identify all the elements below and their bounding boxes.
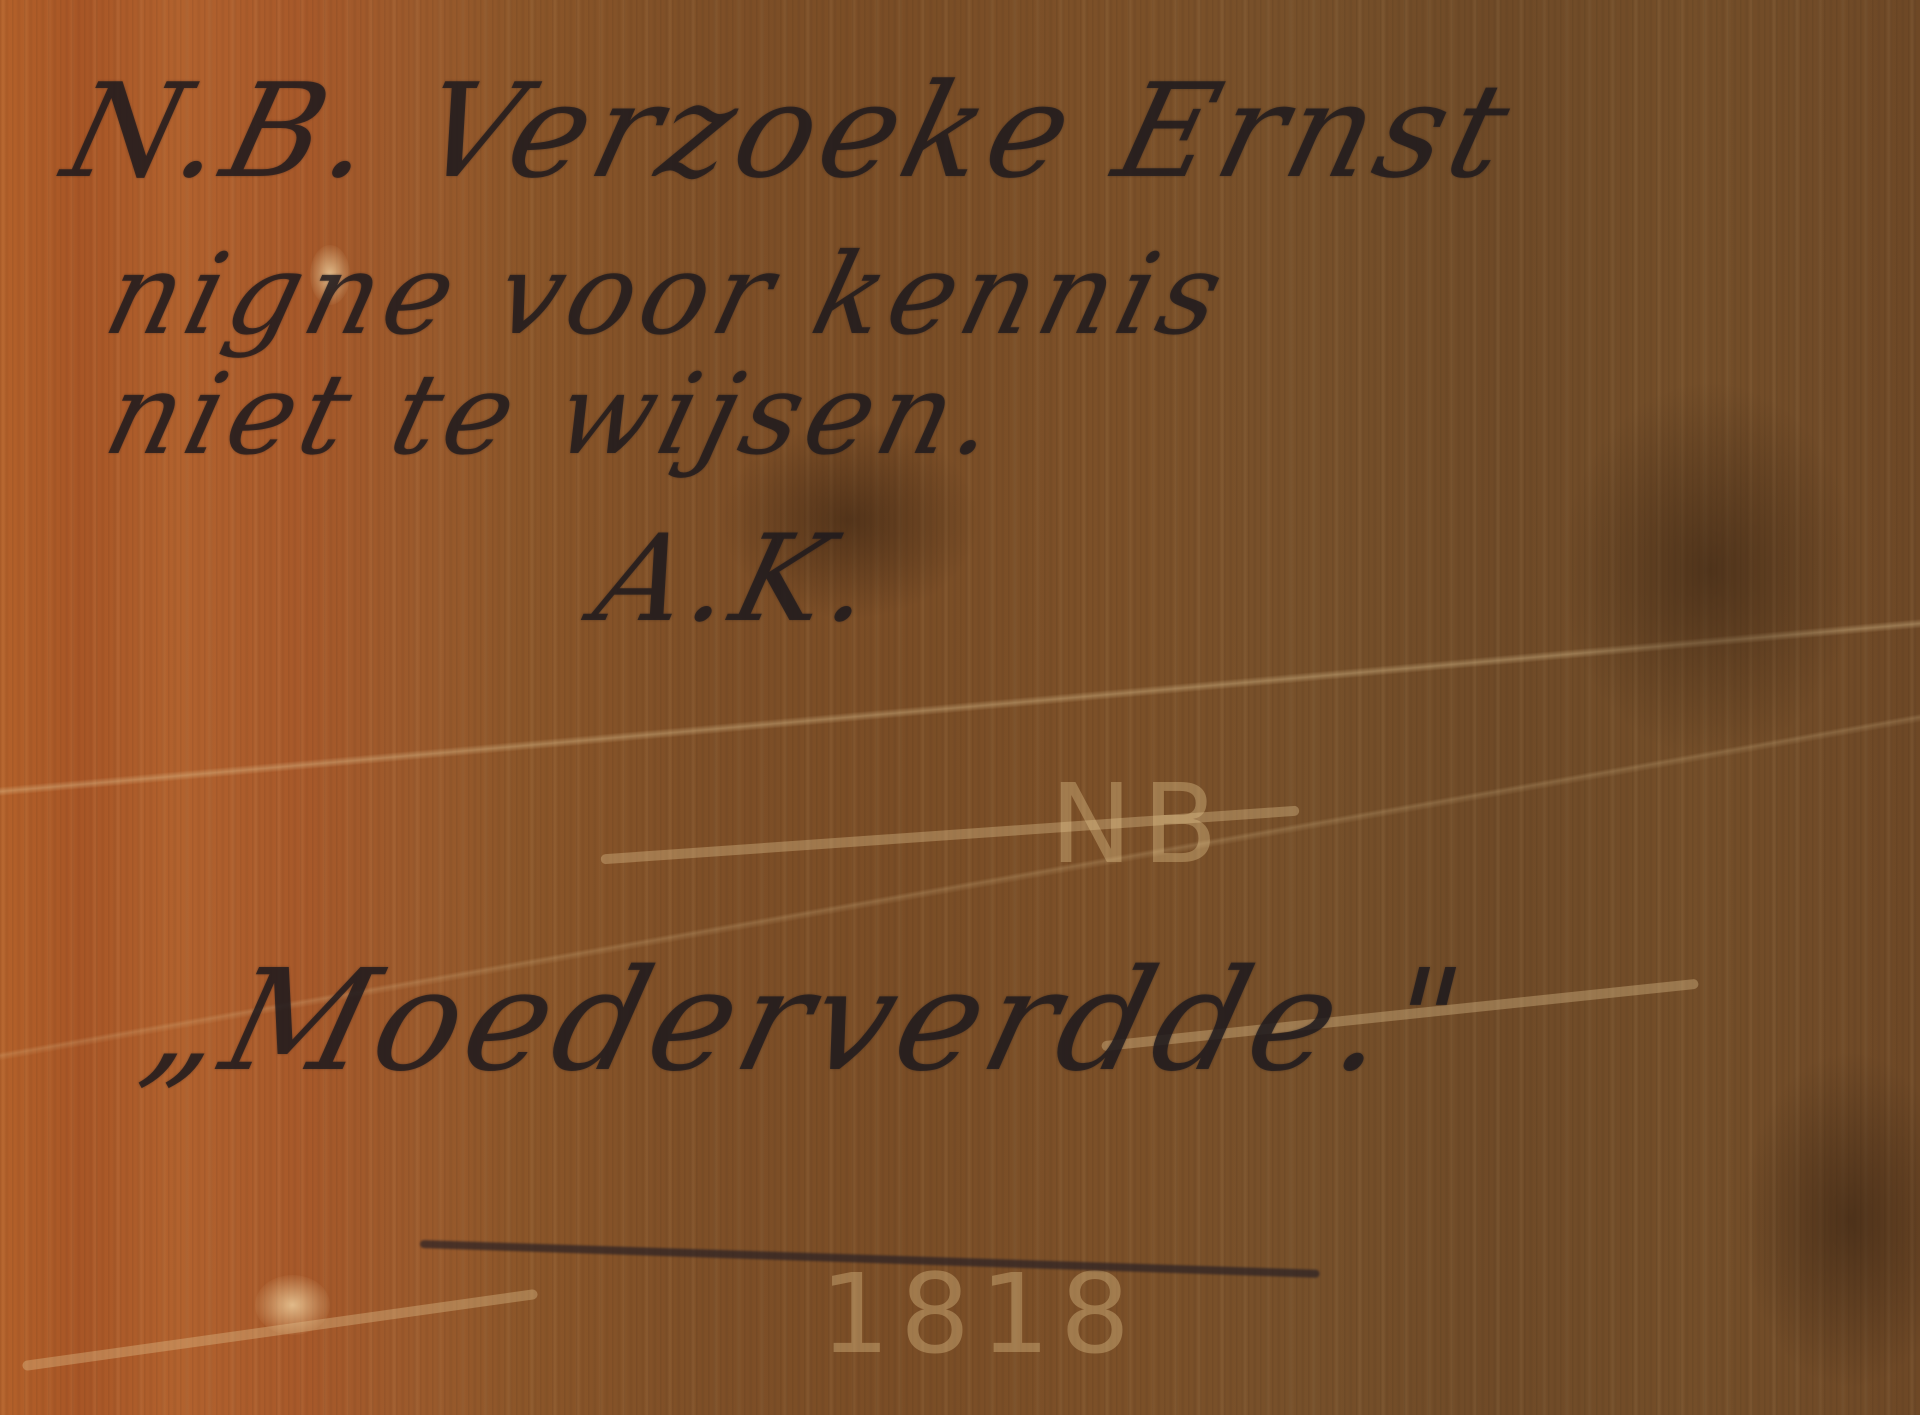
inscription-line-2: nigne voor kennis [94,230,1241,360]
scratched-mark: NB [1050,760,1228,888]
inscription-line-5: „Moederverdde." [130,940,1483,1103]
wood-panel: NB 1818 N.B. Verzoeke Ernst nigne voor k… [0,0,1920,1415]
oval-stain-right [1560,380,1860,760]
inscription-initials: A.K. [583,510,894,649]
inscription-line-3: niet te wijsen. [94,350,1016,480]
inscription-line-1: N.B. Verzoeke Ernst [51,55,1529,207]
